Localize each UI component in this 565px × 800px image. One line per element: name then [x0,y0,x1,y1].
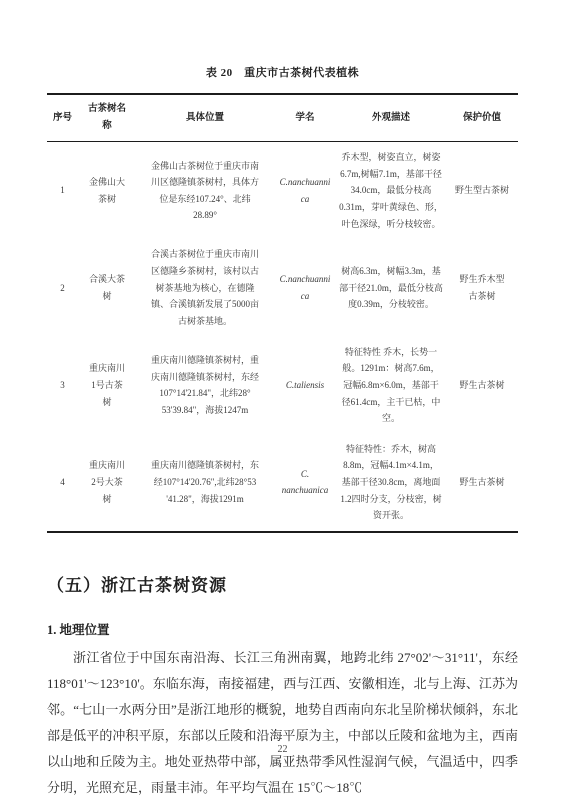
cell-latin-name: C.taliensis [274,337,336,434]
column-header-latin: 学名 [274,94,336,142]
section-heading: （五）浙江古茶树资源 [47,571,518,596]
cell-appearance: 特征特性 乔木，长势一 般。1291m：树高7.6m， 冠幅6.8m×6.0m，… [336,337,446,434]
cell-no: 3 [47,337,78,434]
page-number: 22 [0,744,565,755]
cell-location: 金佛山古茶树位于重庆市南 川区德隆镇茶树村，具体方 位是东经107.24°、北纬… [136,142,274,240]
cell-protection-value: 野生古茶树 [446,434,518,532]
cell-location: 重庆南川德隆镇茶树村，东 经107°14'20.76",北纬28°53 '41.… [136,434,274,532]
document-page: 表 20 重庆市古茶树代表植株 序号 古茶树名 称 具体位置 学名 外观描述 保… [0,0,565,800]
tea-tree-table: 序号 古茶树名 称 具体位置 学名 外观描述 保护价值 1 金佛山大 茶树 金佛… [47,93,518,533]
table-row: 4 重庆南川 2号大茶 树 重庆南川德隆镇茶树村，东 经107°14'20.76… [47,434,518,532]
cell-appearance: 树高6.3m，树幅3.3m，基 部干径21.0m，最低分枝高 度0.39m，分枝… [336,239,446,336]
table-row: 3 重庆南川 1号古茶 树 重庆南川德隆镇茶树村，重 庆南川德隆镇茶树村，东经 … [47,337,518,434]
cell-latin-name: C. nanchuanica [274,434,336,532]
cell-protection-value: 野生古茶树 [446,337,518,434]
cell-no: 4 [47,434,78,532]
column-header-name: 古茶树名 称 [78,94,136,142]
cell-protection-value: 野生型古茶树 [446,142,518,240]
body-paragraph: 浙江省位于中国东南沿海、长江三角洲南翼，地跨北纬 27°02'～31°11'，东… [47,645,518,800]
cell-appearance: 特征特性：乔木，树高 8.8m，冠幅4.1m×4.1m， 基部干径30.8cm，… [336,434,446,532]
cell-name: 合溪大茶 树 [78,239,136,336]
cell-location: 重庆南川德隆镇茶树村，重 庆南川德隆镇茶树村，东经 107°14'21.84"，… [136,337,274,434]
cell-location: 合溪古茶树位于重庆市南川 区德隆乡茶树村，该村以古 树茶基地为核心，在德隆 镇、… [136,239,274,336]
document-body: { "colors": { "background": "#ffffff", "… [0,0,565,800]
cell-name: 金佛山大 茶树 [78,142,136,240]
cell-protection-value: 野生乔木型 古茶树 [446,239,518,336]
column-header-value: 保护价值 [446,94,518,142]
cell-name: 重庆南川 2号大茶 树 [78,434,136,532]
column-header-appearance: 外观描述 [336,94,446,142]
cell-name: 重庆南川 1号古茶 树 [78,337,136,434]
cell-no: 1 [47,142,78,240]
table-row: 2 合溪大茶 树 合溪古茶树位于重庆市南川 区德隆乡茶树村，该村以古 树茶基地为… [47,239,518,336]
cell-no: 2 [47,239,78,336]
cell-latin-name: C.nanchuanni ca [274,142,336,240]
sub-section-heading: 1. 地理位置 [47,620,518,638]
column-header-location: 具体位置 [136,94,274,142]
cell-latin-name: C.nanchuanni ca [274,239,336,336]
table-header-row: 序号 古茶树名 称 具体位置 学名 外观描述 保护价值 [47,94,518,142]
column-header-no: 序号 [47,94,78,142]
cell-appearance: 乔木型，树姿直立，树姿 6.7m,树幅7.1m，基部干径 34.0cm，最低分枝… [336,142,446,240]
table-row: 1 金佛山大 茶树 金佛山古茶树位于重庆市南 川区德隆镇茶树村，具体方 位是东经… [47,142,518,240]
table-caption: 表 20 重庆市古茶树代表植株 [47,64,518,80]
